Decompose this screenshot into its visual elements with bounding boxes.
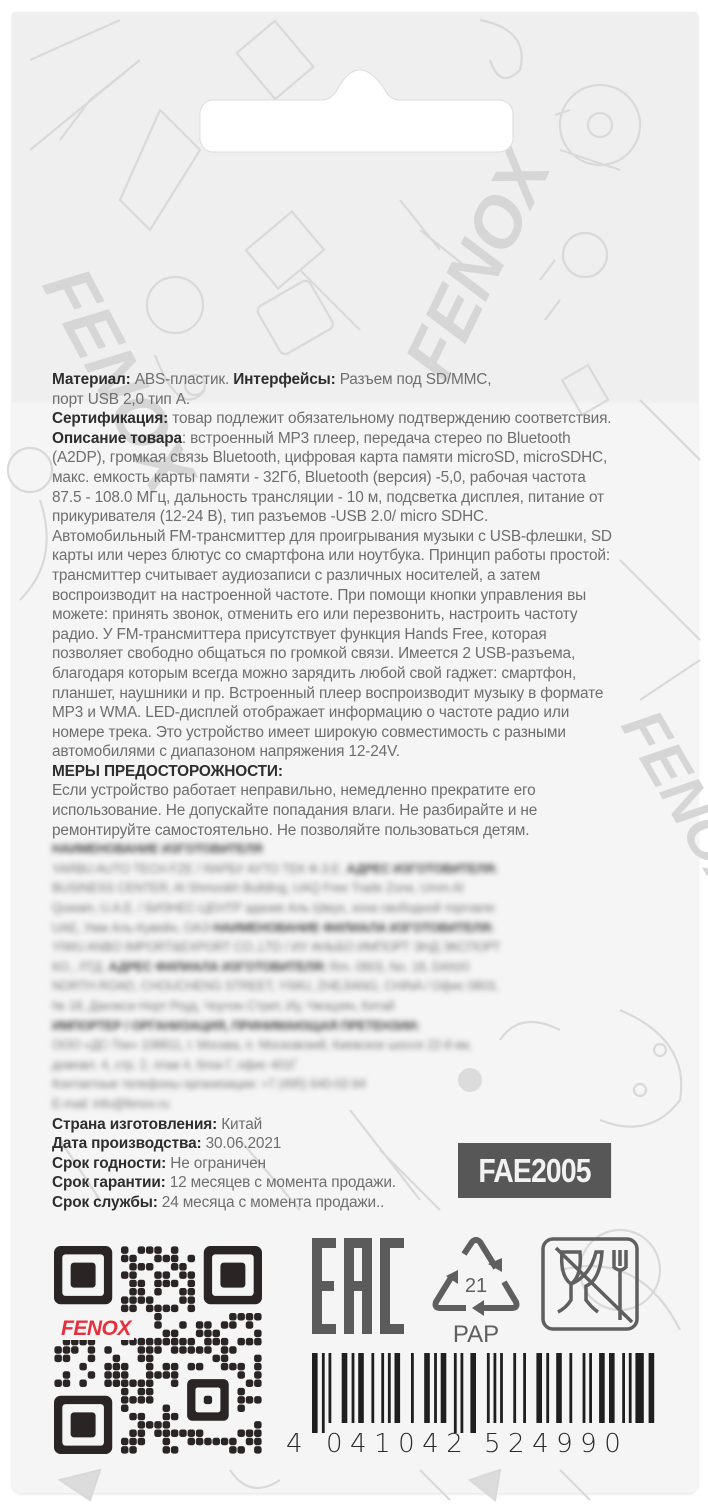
barcode-right-group: 524990 xyxy=(484,1429,628,1459)
precautions-title: МЕРЫ ПРЕДОСТОРОЖНОСТИ: xyxy=(52,762,662,782)
description-line: благодаря которым всегда можно зарядить … xyxy=(52,664,662,684)
description-line: планшет, наушники и пр. Встроенный плеер… xyxy=(52,684,662,704)
description-line: номере трека. Это устройство имеет широк… xyxy=(52,723,662,743)
article-code-badge: FAE2005 xyxy=(458,1143,611,1198)
precaution-line: использование. Не допускайте попадания в… xyxy=(52,801,662,821)
barcode-first-digit: 4 xyxy=(286,1429,303,1459)
manufacturer-line: YARBU AUTO TECH FZE / ЯАРБУ АУТО ТЕК Ф.З… xyxy=(52,860,662,880)
manufacturer-line: BUSINESS CENTER, Al Shmookh Building, UA… xyxy=(52,879,662,899)
manufacturer-line: NORTH ROAD, CHOUCHENG STREET, YIWU, ZHEJ… xyxy=(52,977,662,997)
precaution-line: ремонтируйте самостоятельно. Не позволяй… xyxy=(52,821,662,841)
barcode-left-group: 041042 xyxy=(326,1429,470,1459)
description-line: позволяет свободно общаться по громкой с… xyxy=(52,644,662,664)
eac-certification-mark-icon xyxy=(310,1238,406,1334)
manufacturer-line: ИМПОРТЕР / ОРГАНИЗАЦИЯ, ПРИНИМАЮЩАЯ ПРЕТ… xyxy=(52,1017,662,1037)
description-line: 87.5 - 108.0 МГц, дальность трансляции -… xyxy=(52,488,662,508)
description-line: автомобилями с диапазоном напряжения 12-… xyxy=(52,742,662,762)
ean13-barcode xyxy=(300,1353,660,1433)
manufacturer-info-blurred: НАИМЕНОВАНИЕ ИЗГОТОВИТЕЛЯYARBU AUTO TECH… xyxy=(52,840,662,1114)
svg-text:PAP: PAP xyxy=(453,1321,499,1346)
detail-line: Страна изготовления: Китай xyxy=(52,1115,662,1135)
spec-material-line: Материал: ABS-пластик. Интерфейсы: Разъе… xyxy=(52,370,662,390)
description-line: карты или через блютус со смартфона или … xyxy=(52,546,662,566)
description-line: можете: принять звонок, отменить его или… xyxy=(52,605,662,625)
precaution-line: Если устройство работает неправильно, не… xyxy=(52,781,662,801)
manufacturer-line: YIWU ANBO IMPORT&EXPORT CO.,LTD / ИУ АНЬ… xyxy=(52,938,662,958)
description-line: радио. У FM-трансмиттера присутствует фу… xyxy=(52,625,662,645)
description-line: Описание товара: встроенный MP3 плеер, п… xyxy=(52,429,662,449)
description-line: макс. емкость карты памяти - 32Гб, Bluet… xyxy=(52,468,662,488)
description-line: воспроизводит на настроенной частоте. Пр… xyxy=(52,586,662,606)
manufacturer-line: № 18, Данэкси Норт Роуд, Чоучэн Стрит, И… xyxy=(52,997,662,1017)
qr-code-icon xyxy=(54,1246,262,1454)
precautions-text: Если устройство работает неправильно, не… xyxy=(52,781,662,840)
description-line: (A2DP), громкая связь Bluetooth, цифрова… xyxy=(52,448,662,468)
spec-certification-line: Сертификация: товар подлежит обязательно… xyxy=(52,409,662,429)
manufacturer-line: ООО «ДС-Тек» 108811, г. Москва, п. Моско… xyxy=(52,1036,662,1056)
spec-interfaces-line: порт USB 2,0 тип А. xyxy=(52,390,662,410)
manufacturer-line: UAE, Умм Аль-Кувейн, ОАЭ НАИМЕНОВАНИЕ ФИ… xyxy=(52,919,662,939)
manufacturer-line: Quwain, U.A.E. / БИЗНЕС-ЦЕНТР здание Аль… xyxy=(52,899,662,919)
fenox-logo: FENOX xyxy=(58,1318,134,1340)
not-for-food-contact-icon xyxy=(540,1236,640,1332)
manufacturer-line: Контактные телефоны организации: +7 (495… xyxy=(52,1075,662,1095)
recycle-paper-mark-icon: 21 PAP xyxy=(430,1236,522,1346)
manufacturer-line: КО., ЛТД. АДРЕС ФИЛИАЛА ИЗГОТОВИТЕЛЯ: Rm… xyxy=(52,958,662,978)
manufacturer-line: домовл. 4, стр. 2, этаж 4, блок Г, офис … xyxy=(52,1056,662,1076)
hang-hole-cutout xyxy=(0,0,708,260)
description-line: прикуривателя (12-24 В), тип разъемов -U… xyxy=(52,507,662,527)
description-line: трансмиттер считывает аудиозаписи с разл… xyxy=(52,566,662,586)
spec-description: Описание товара: встроенный MP3 плеер, п… xyxy=(52,429,662,762)
manufacturer-line: НАИМЕНОВАНИЕ ИЗГОТОВИТЕЛЯ xyxy=(52,840,662,860)
svg-text:21: 21 xyxy=(465,1275,487,1297)
description-line: MP3 и WMA. LED-дисплей отображает информ… xyxy=(52,703,662,723)
product-specification-text: Материал: ABS-пластик. Интерфейсы: Разъе… xyxy=(52,370,662,1213)
manufacturer-line: E-mail: info@fenox.ru xyxy=(52,1095,662,1115)
description-line: Автомобильный FM-трансмиттер для проигры… xyxy=(52,527,662,547)
